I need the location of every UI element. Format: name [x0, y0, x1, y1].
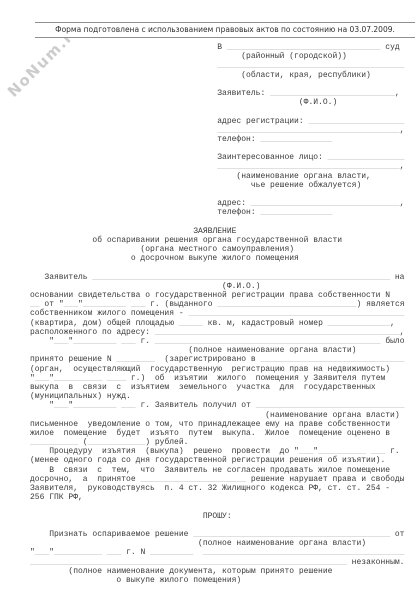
blank-field-line: _______________________________________	[217, 61, 404, 70]
document-line: ______________________________________,	[30, 126, 410, 135]
document-line: о выкупе жилого помещения)	[30, 576, 410, 585]
document-line: Признать оспариваемое решение __________…	[30, 530, 410, 539]
document-body: В ________________________________ суд (…	[30, 43, 410, 585]
document-line	[30, 144, 410, 153]
document-line: о досрочном выкупе жилого помещения	[30, 254, 410, 263]
blank-field-line: __________	[30, 438, 78, 447]
blank-field-line: ___	[299, 447, 313, 456]
blank-field-line: ______________________________________	[217, 126, 399, 135]
document-line: (полное наименование органа власти)	[30, 346, 410, 355]
blank-field-line: _______________	[260, 208, 332, 217]
document-line: об оспаривании решения органа государств…	[30, 236, 410, 245]
blank-field-line: ________________________________________…	[155, 328, 400, 337]
document-line: ______________________________________,	[30, 162, 410, 171]
blank-field-line: ________________________________________…	[155, 337, 381, 346]
document-line: (районный (городской))	[30, 52, 410, 61]
blank-field-line: __________________________	[270, 89, 395, 98]
blank-field-line: ______________________________	[260, 355, 404, 364]
blank-field-line: ___	[121, 401, 135, 410]
document-line	[30, 107, 410, 116]
document-line: адрес: _______________________________,	[30, 199, 410, 208]
blank-field-line: ___	[35, 548, 49, 557]
blank-field-line: ________________	[328, 153, 405, 162]
document-line	[30, 190, 410, 199]
document-line: В ________________________________ суд	[30, 43, 410, 52]
document-line: письменное уведомление о том, что принад…	[30, 420, 410, 429]
document-line: телефон: _______________	[30, 135, 410, 144]
blank-field-line: _________	[150, 548, 193, 557]
blank-field-line: ___	[131, 300, 145, 309]
document-line	[30, 521, 410, 530]
document-line: (области, края, республики)	[30, 71, 410, 80]
blank-field-line: ___	[371, 447, 385, 456]
document-line: (Ф.И.О.)	[30, 98, 410, 107]
blank-field-line: _________	[83, 300, 126, 309]
blank-field-line: _______________________________	[256, 401, 405, 410]
document-line: (квартира, дом) общей площадью _____ кв.…	[30, 319, 410, 328]
document-line: __________ (____________) рублей.	[30, 438, 410, 447]
document-line: Заявителя, руководствуясь п. 4 ст. 32 Жи…	[30, 484, 410, 493]
blank-field-line: ________________________________________…	[30, 558, 347, 567]
blank-field-line: ______________________________________	[217, 162, 399, 171]
document-line: ________________________________________…	[30, 558, 410, 567]
blank-field-line: ________________________________________…	[92, 273, 390, 282]
blank-field-line: ________	[116, 355, 154, 364]
document-line: _______________________________________	[30, 61, 410, 70]
document-line: жилое помещение будет изъято путем выкуп…	[30, 429, 410, 438]
document-line: (наименование органа власти)	[30, 411, 410, 420]
blank-field-line: _______________________________	[251, 199, 400, 208]
blank-field-line: __________	[54, 548, 102, 557]
document-line: (полное наименование документа, которым …	[30, 567, 410, 576]
blank-field-line: ____	[107, 374, 126, 383]
blank-field-line: _____________________________	[217, 300, 356, 309]
document-line: ПРОШУ:	[30, 512, 410, 521]
document-line: (полное наименование органа власти)	[30, 539, 410, 548]
blank-field-line: ____________________	[308, 117, 404, 126]
document-line: расположенного по адресу: ______________…	[30, 328, 410, 337]
document-line: основании свидетельства о государственно…	[30, 291, 410, 300]
blank-field-line: _____________	[328, 319, 390, 328]
blank-field-line: ___	[107, 548, 121, 557]
blank-field-line: __	[30, 300, 40, 309]
blank-field-line: ___	[64, 300, 78, 309]
document-line: (муниципальных) нужд.	[30, 392, 410, 401]
document-line: (Ф.И.О.)	[30, 282, 410, 291]
blank-field-line: ________________________________________…	[193, 530, 390, 539]
blank-field-line: __________	[54, 374, 102, 383]
document-line: принято решение N ________ (зарегистриро…	[30, 355, 410, 364]
blank-field-line: _______________	[260, 135, 332, 144]
document-line: досрочно, а принятое ___________________…	[30, 475, 410, 484]
document-line: В связи с тем, что Заявитель не согласен…	[30, 466, 410, 475]
blank-field-line: ______________________	[140, 475, 246, 484]
document-line: __ от "___"_________ ___ г. (выданного _…	[30, 300, 410, 309]
document-line	[30, 502, 410, 511]
blank-field-line: ___	[35, 374, 49, 383]
document-line: 256 ГПК РФ,	[30, 493, 410, 502]
document-page: NoNum.ru Форма подготовлена с использова…	[0, 0, 420, 600]
document-line: (наименование органа власти,	[30, 172, 410, 181]
blank-field-line: ________________________________	[227, 43, 381, 52]
document-line: телефон: _______________	[30, 208, 410, 217]
blank-field-line: _________	[73, 401, 116, 410]
document-line: собственником жилого помещения - _______…	[30, 309, 410, 318]
document-line: (менее одного года со дня государственно…	[30, 456, 410, 465]
document-line: "___"_________ ___ г. Заявитель получил …	[30, 401, 410, 410]
document-line	[30, 80, 410, 89]
document-line: (орган, осуществляющий государственную р…	[30, 365, 410, 374]
document-line	[30, 264, 410, 273]
blank-field-line: ___	[121, 337, 135, 346]
document-line: выкупа в связи с изъятием земельного уча…	[30, 383, 410, 392]
blank-field-line: _____	[179, 319, 203, 328]
document-line: ЗАЯВЛЕНИЕ	[30, 227, 410, 236]
blank-field-line: ___	[54, 401, 68, 410]
document-line: "___"__________ ___ г. N _________ _____…	[30, 548, 410, 557]
blank-field-line: ____________	[88, 438, 146, 447]
blank-field-line: ________________________________________…	[203, 548, 405, 557]
header-notice-bar: Форма подготовлена с использованием прав…	[35, 22, 415, 38]
document-line: (органа местного самоуправления)	[30, 245, 410, 254]
document-line: Заявитель ______________________________…	[30, 273, 410, 282]
document-line: адрес регистрации: ____________________	[30, 117, 410, 126]
blank-field-line: ________________________________________…	[188, 309, 404, 318]
document-line: Процедуру изъятия (выкупа) решено провес…	[30, 447, 410, 456]
document-line: Заявитель: __________________________,	[30, 89, 410, 98]
document-line: "___"_________ ___ г. __________________…	[30, 337, 410, 346]
document-line: Заинтересованное лицо: ________________	[30, 153, 410, 162]
blank-field-line: ___	[54, 337, 68, 346]
document-line: "___"__________ ____ г.) об изъятии жило…	[30, 374, 410, 383]
blank-field-line: _________	[73, 337, 116, 346]
header-notice-text: Форма подготовлена с использованием прав…	[55, 25, 395, 34]
document-line: чье решение обжалуется)	[30, 181, 410, 190]
document-line	[30, 218, 410, 227]
blank-field-line: __________	[318, 447, 366, 456]
